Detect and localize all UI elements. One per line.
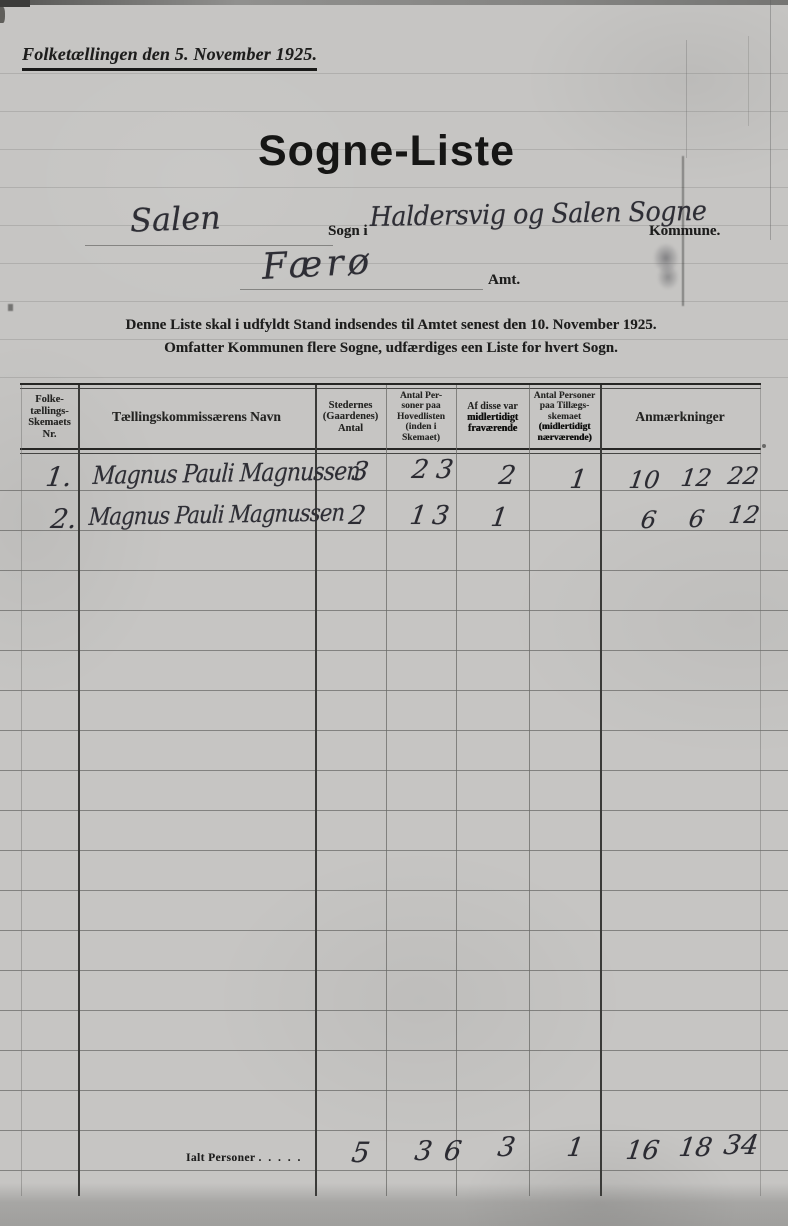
scan-top-edge-shadow [0,0,788,5]
row-2-kommissaer-navn: Magnus Pauli Magnussen [88,499,345,531]
column-header-text: Tællingskommissærens Navn [78,409,315,425]
total-label-text: Ialt Personer [186,1152,255,1164]
sogn-label: Sogn i [328,223,368,240]
column-header-text: Af disse var [456,401,529,412]
row-1-anmaerkning: 22 [726,462,760,490]
row-2-schema-nr: 2. [49,504,79,535]
page-title: Sogne-Liste [0,128,773,174]
row-2-personer-hovedliste: 13 [408,501,457,531]
scanned-census-form-page: Folketællingen den 5. November 1925. Sog… [0,0,788,1226]
instruction-line-2: Omfatter Kommunen flere Sogne, udfærdige… [0,340,782,357]
column-header-navn: Tællingskommissærens Navn [78,389,315,445]
column-header-bold-text: midlertidigt fraværende [456,412,529,434]
paper-fold-line [770,0,771,240]
total-row-label: Ialt Personer . . . . . [186,1152,302,1164]
row-1-schema-nr: 1. [44,462,74,493]
scan-speck [8,304,13,311]
column-header-text: Antal Personer paa Tillægs- skemaet [529,391,600,423]
handwritten-sogn-value: Salen [129,198,221,239]
total-personer-hovedliste: 36 [413,1136,476,1167]
scan-edge-mark [0,7,5,23]
row-1-anmaerkning: 10 [627,466,661,494]
table-column-border [386,385,387,1196]
scan-speck [762,444,766,448]
row-1-anmaerkning: 12 [679,464,713,492]
column-header-fravaerende: Af disse varmidlertidigt fraværende [456,389,529,445]
row-1-kommissaer-navn: Magnus Pauli Magnussen [92,456,360,490]
amt-field-underline [240,289,483,290]
column-header-text: Antal Per- soner paa Hovedlisten (inden … [386,391,456,444]
column-header-personer-hovedliste: Antal Per- soner paa Hovedlisten (inden … [386,389,456,445]
row-1-personer-hovedliste: 23 [410,455,463,485]
table-column-border [529,385,530,1196]
census-header: Folketællingen den 5. November 1925. [22,44,317,71]
column-header-anmaerkninger: Anmærkninger [600,389,760,445]
column-header-skema-nr: Folke- tællings- Skemaets Nr. [21,389,78,445]
table-row-rules [0,451,788,1174]
column-header-text: Anmærkninger [600,409,760,425]
table-header-divider [20,448,761,454]
column-header-tillaegsskema: Antal Personer paa Tillægs- skemaet(midl… [529,389,600,445]
column-header-text: Stedernes (Gaardenes) Antal [315,400,386,435]
scan-corner-mark [0,0,30,7]
column-header-steder-antal: Stedernes (Gaardenes) Antal [315,389,386,445]
total-anmaerkning: 18 [677,1133,714,1163]
total-anmaerkning: 34 [722,1130,761,1161]
ink-smudge [657,264,679,290]
amt-label: Amt. [488,272,520,289]
column-header-text: Folke- tællings- Skemaets Nr. [21,394,78,440]
table-column-border [600,385,602,1196]
table-column-border [21,385,22,1196]
kommune-label: Kommune. [649,223,720,240]
show-through-line [748,36,749,126]
instruction-line-1: Denne Liste skal i udfyldt Stand indsend… [0,317,782,334]
row-2-anmaerkning: 12 [727,501,761,529]
handwritten-amt-value: Færø [261,241,374,288]
dot-leader: . . . . . [258,1152,302,1164]
scan-bottom-edge-shadow [0,1183,788,1226]
total-anmaerkning: 16 [624,1136,661,1166]
column-header-bold-text: (midlertidigt nærværende) [529,422,600,443]
